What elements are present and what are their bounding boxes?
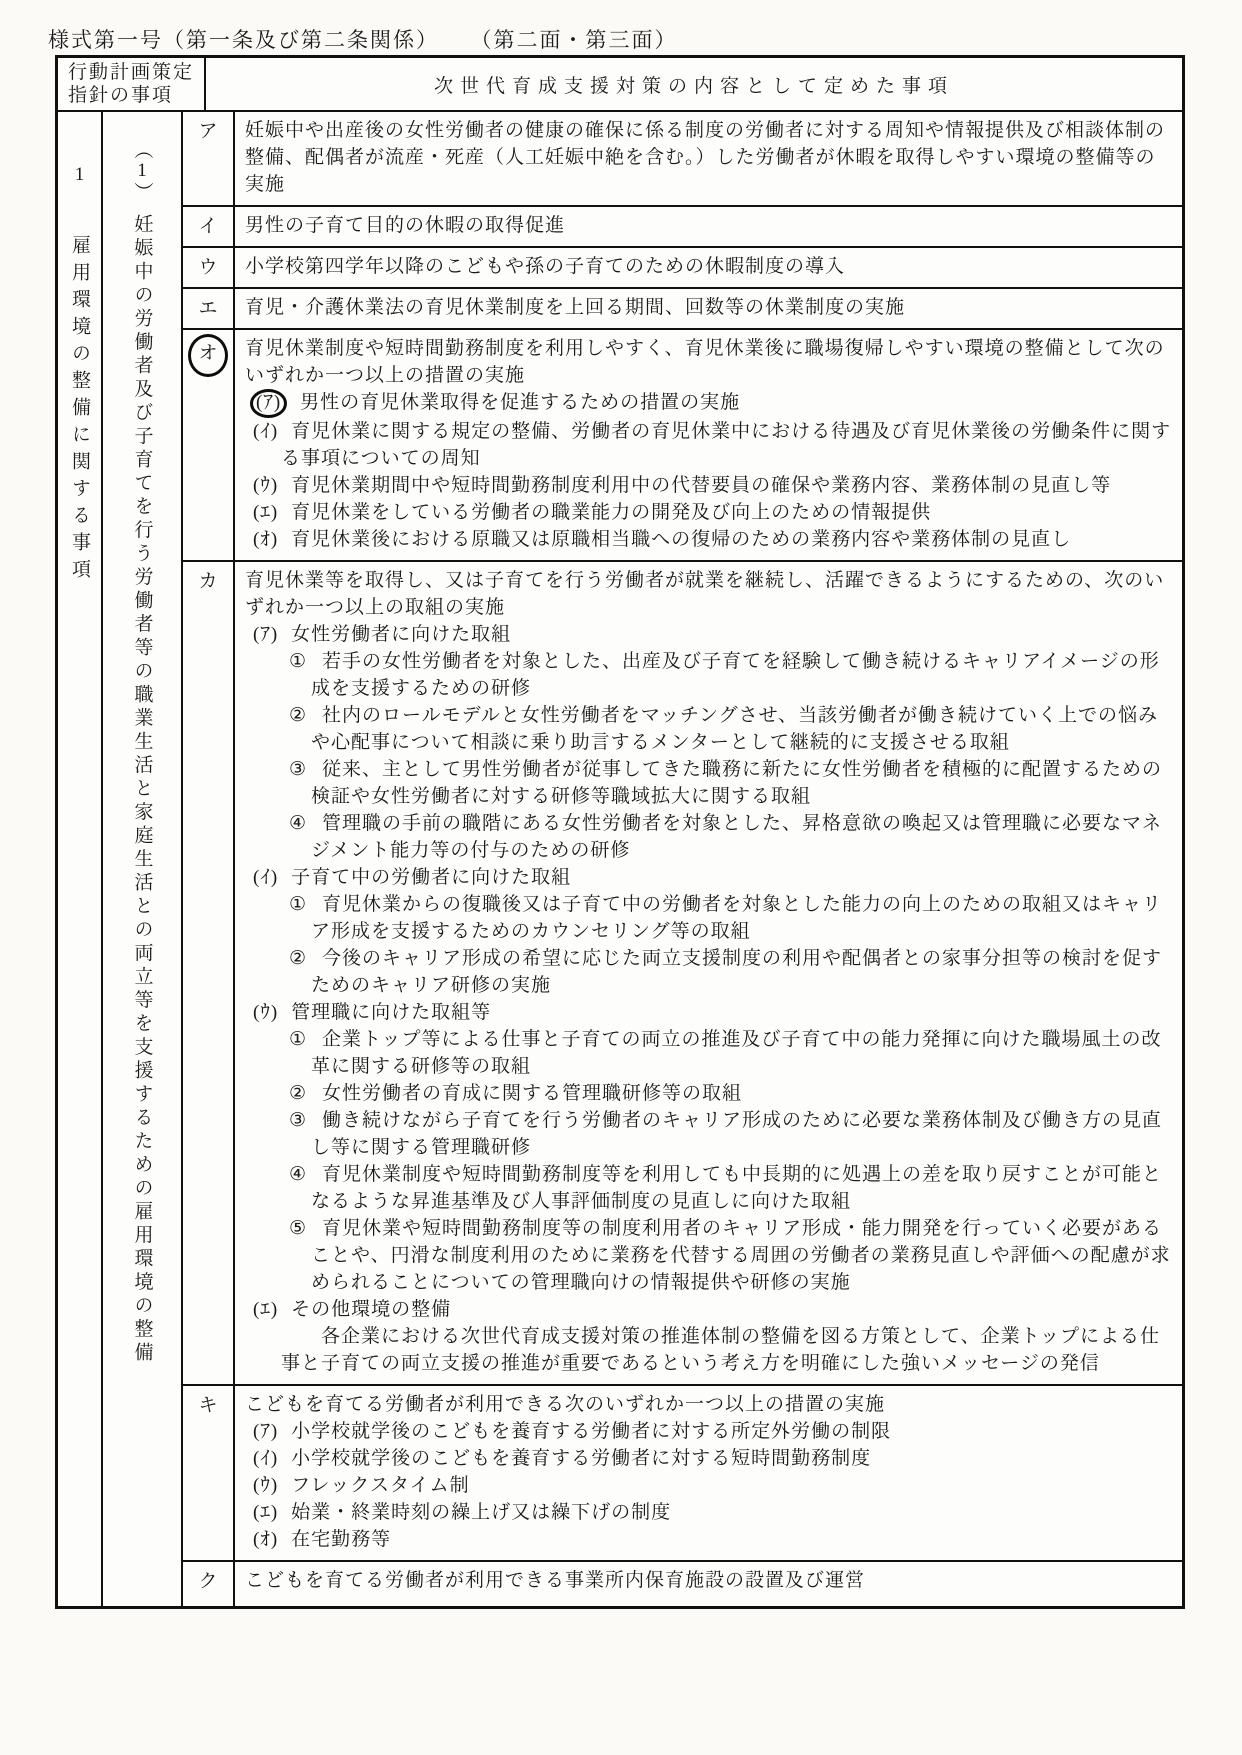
category-number: 1 — [69, 164, 90, 193]
content-line: ③働き続けながら子育てを行う労働者のキャリア形成のために必要な業務体制及び働き方… — [245, 1107, 1172, 1161]
item-marker: (ｴ) — [253, 1502, 278, 1523]
row-label-cell: オ — [183, 330, 235, 560]
line-text: 始業・終業時刻の繰上げ又は繰下げの制度 — [291, 1502, 671, 1523]
row-label: イ — [198, 212, 217, 242]
line-text: 管理職に向けた取組等 — [291, 1002, 491, 1023]
measure-row: エ 育児・介護休業法の育児休業制度を上回る期間、回数等の休業制度の実施 — [183, 287, 1182, 328]
content-line: ②社内のロールモデルと女性労働者をマッチングさせ、当該労働者が働き続けていく上で… — [245, 702, 1172, 756]
measure-row: イ 男性の子育て目的の休暇の取得促進 — [183, 205, 1182, 246]
content-line: (ｵ)育児休業後における原職又は原職相当職への復帰のための業務内容や業務体制の見… — [245, 526, 1172, 553]
content-line: こどもを育てる労働者が利用できる事業所内保育施設の設置及び運営 — [245, 1567, 1172, 1594]
item-marker: ① — [289, 651, 307, 672]
content-line: (ｳ)育児休業期間中や短時間勤務制度利用中の代替要員の確保や業務内容、業務体制の… — [245, 472, 1172, 499]
content-line: (ｲ)子育て中の労働者に向けた取組 — [245, 864, 1172, 891]
content-line: 妊娠中や出産後の女性労働者の健康の確保に係る制度の労働者に対する周知や情報提供及… — [245, 117, 1172, 198]
line-text: その他環境の整備 — [291, 1299, 451, 1320]
item-marker: (ｲ) — [253, 421, 278, 442]
content-line: 育児休業制度や短時間勤務制度を利用しやすく、育児休業後に職場復帰しやすい環境の整… — [245, 335, 1172, 389]
line-text: 女性労働者の育成に関する管理職研修等の取組 — [322, 1083, 742, 1104]
item-marker: ① — [289, 894, 307, 915]
measure-rows: ア 妊娠中や出産後の女性労働者の健康の確保に係る制度の労働者に対する周知や情報提… — [183, 112, 1182, 1606]
content-line: ①企業トップ等による仕事と子育ての両立の推進及び子育て中の能力発揮に向けた職場風… — [245, 1026, 1172, 1080]
item-marker: (ｲ) — [253, 1448, 278, 1469]
item-marker: (ｳ) — [253, 475, 278, 496]
subcategory-cell: （1）妊娠中の労働者及び子育てを行う労働者等の職業生活と家庭生活との両立等を支援… — [103, 112, 183, 1606]
action-plan-table: 行動計画策定 指針の事項 次世代育成支援対策の内容として定めた事項 1雇用環境の… — [55, 55, 1185, 1609]
content-line: ②今後のキャリア形成の希望に応じた両立支援制度の利用や配偶者との家事分担等の検討… — [245, 945, 1172, 999]
item-marker: ② — [289, 948, 307, 969]
line-text: 小学校就学後のこどもを養育する労働者に対する短時間勤務制度 — [291, 1448, 871, 1469]
form-header-line: 様式第一号（第一条及び第二条関係）（第二面・第三面） — [48, 24, 678, 54]
item-marker: (ｳ) — [253, 1475, 278, 1496]
line-text: こどもを育てる労働者が利用できる事業所内保育施設の設置及び運営 — [245, 1570, 865, 1591]
row-label: ア — [198, 117, 217, 147]
line-text: 妊娠中や出産後の女性労働者の健康の確保に係る制度の労働者に対する周知や情報提供及… — [245, 120, 1165, 195]
content-line: (ｳ)フレックスタイム制 — [245, 1472, 1172, 1499]
category-vertical-text: 1雇用環境の整備に関する事項 — [66, 164, 93, 1606]
line-text: 育児休業期間中や短時間勤務制度利用中の代替要員の確保や業務内容、業務体制の見直し… — [291, 475, 1111, 496]
row-label: エ — [198, 294, 217, 324]
line-text: 育児・介護休業法の育児休業制度を上回る期間、回数等の休業制度の実施 — [245, 297, 905, 318]
line-text: 企業トップ等による仕事と子育ての両立の推進及び子育て中の能力発揮に向けた職場風土… — [311, 1029, 1161, 1077]
line-text: 小学校就学後のこどもを養育する労働者に対する所定外労働の制限 — [291, 1421, 891, 1442]
row-label-cell: ア — [183, 112, 235, 205]
measure-row: ク こどもを育てる労働者が利用できる事業所内保育施設の設置及び運営 — [183, 1560, 1182, 1606]
subcategory-label: 妊娠中の労働者及び子育てを行う労働者等の職業生活と家庭生活との両立等を支援するた… — [132, 214, 153, 1366]
item-marker: (ｴ) — [253, 502, 278, 523]
content-line: (ｴ)育児休業をしている労働者の職業能力の開発及び向上のための情報提供 — [245, 499, 1172, 526]
content-line: (ｴ)その他環境の整備 — [245, 1296, 1172, 1323]
line-text: 働き続けながら子育てを行う労働者のキャリア形成のために必要な業務体制及び働き方の… — [311, 1110, 1162, 1158]
form-number-title: 様式第一号（第一条及び第二条関係） — [48, 28, 439, 52]
line-text: 各企業における次世代育成支援対策の推進体制の整備を図る方策として、企業トップによ… — [281, 1326, 1160, 1374]
row-label: カ — [198, 567, 217, 597]
row-label: ク — [198, 1567, 217, 1597]
item-marker: (ｵ) — [253, 529, 278, 550]
content-line: ④育児休業制度や短時間勤務制度等を利用しても中長期的に処遇上の差を取り戻すことが… — [245, 1161, 1172, 1215]
row-content: 育児休業制度や短時間勤務制度を利用しやすく、育児休業後に職場復帰しやすい環境の整… — [235, 330, 1182, 560]
category-cell: 1雇用環境の整備に関する事項 — [58, 112, 103, 1606]
content-line: 育児・介護休業法の育児休業制度を上回る期間、回数等の休業制度の実施 — [245, 294, 1172, 321]
item-marker: ③ — [289, 1110, 307, 1131]
line-text: 若手の女性労働者を対象とした、出産及び子育てを経験して働き続けるキャリアイメージ… — [311, 651, 1160, 699]
line-text: 男性の子育て目的の休暇の取得促進 — [245, 215, 565, 236]
item-marker: ⑤ — [289, 1218, 307, 1239]
measure-row: ア 妊娠中や出産後の女性労働者の健康の確保に係る制度の労働者に対する周知や情報提… — [183, 112, 1182, 205]
line-text: 育児休業制度や短時間勤務制度等を利用しても中長期的に処遇上の差を取り戻すことが可… — [311, 1164, 1162, 1212]
content-line: ①育児休業からの復職後又は子育て中の労働者を対象とした能力の向上のための取組又は… — [245, 891, 1172, 945]
row-label: オ — [188, 334, 228, 377]
item-marker: ② — [289, 1083, 307, 1104]
item-marker: ② — [289, 705, 307, 726]
table-body: 1雇用環境の整備に関する事項 （1）妊娠中の労働者及び子育てを行う労働者等の職業… — [58, 112, 1182, 1606]
item-marker: (ｱ) — [253, 1421, 278, 1442]
measure-row: キ こどもを育てる労働者が利用できる次のいずれか一つ以上の措置の実施 (ｱ)小学… — [183, 1384, 1182, 1560]
subcategory-vertical-text: （1）妊娠中の労働者及び子育てを行う労働者等の職業生活と家庭生活との両立等を支援… — [129, 140, 156, 1606]
content-line: 小学校第四学年以降のこどもや孫の子育てのための休暇制度の導入 — [245, 253, 1172, 280]
item-marker: ① — [289, 1029, 307, 1050]
header-guideline-column: 行動計画策定 指針の事項 — [58, 58, 206, 110]
line-text: 女性労働者に向けた取組 — [291, 624, 511, 645]
row-content: 育児・介護休業法の育児休業制度を上回る期間、回数等の休業制度の実施 — [235, 289, 1182, 328]
line-text: 社内のロールモデルと女性労働者をマッチングさせ、当該労働者が働き続けていく上での… — [311, 705, 1158, 753]
line-text: 在宅勤務等 — [291, 1529, 391, 1550]
line-text: 男性の育児休業取得を促進するための措置の実施 — [300, 392, 740, 413]
line-text: 育児休業に関する規定の整備、労働者の育児休業中における待遇及び育児休業後の労働条… — [281, 421, 1171, 469]
measure-row: カ 育児休業等を取得し、又は子育てを行う労働者が就業を継続し、活躍できるようにす… — [183, 560, 1182, 1384]
subcategory-number: （1） — [132, 140, 153, 202]
line-text: 育児休業制度や短時間勤務制度を利用しやすく、育児休業後に職場復帰しやすい環境の整… — [245, 338, 1165, 386]
item-marker: (ｵ) — [253, 1529, 278, 1550]
row-label-cell: カ — [183, 562, 235, 1384]
item-marker: (ｴ) — [253, 1299, 278, 1320]
item-marker: (ｳ) — [253, 1002, 278, 1023]
content-line: 男性の子育て目的の休暇の取得促進 — [245, 212, 1172, 239]
content-line: ④管理職の手前の職階にある女性労働者を対象とした、昇格意欲の喚起又は管理職に必要… — [245, 810, 1172, 864]
line-text: 育児休業等を取得し、又は子育てを行う労働者が就業を継続し、活躍できるようにするた… — [245, 570, 1164, 618]
item-marker: (ｱ) — [250, 389, 287, 418]
content-line: こどもを育てる労働者が利用できる次のいずれか一つ以上の措置の実施 — [245, 1391, 1172, 1418]
content-line: 各企業における次世代育成支援対策の推進体制の整備を図る方策として、企業トップによ… — [245, 1323, 1172, 1377]
item-marker: ③ — [289, 759, 307, 780]
scanned-form-page: 様式第一号（第一条及び第二条関係）（第二面・第三面） 行動計画策定 指針の事項 … — [0, 0, 1242, 1755]
content-line: (ｱ)女性労働者に向けた取組 — [245, 621, 1172, 648]
content-line: ⑤育児休業や短時間勤務制度等の制度利用者のキャリア形成・能力開発を行っていく必要… — [245, 1215, 1172, 1296]
header-measures-column: 次世代育成支援対策の内容として定めた事項 — [206, 58, 1182, 110]
content-line: (ｱ)男性の育児休業取得を促進するための措置の実施 — [245, 389, 1172, 418]
content-line: ①若手の女性労働者を対象とした、出産及び子育てを経験して働き続けるキャリアイメー… — [245, 648, 1172, 702]
content-line: (ｴ)始業・終業時刻の繰上げ又は繰下げの制度 — [245, 1499, 1172, 1526]
row-content: 男性の子育て目的の休暇の取得促進 — [235, 207, 1182, 246]
line-text: 今後のキャリア形成の希望に応じた両立支援制度の利用や配偶者との家事分担等の検討を… — [311, 948, 1162, 996]
category-label: 雇用環境の整備に関する事項 — [69, 235, 90, 586]
row-label-cell: キ — [183, 1386, 235, 1560]
row-content: こどもを育てる労働者が利用できる次のいずれか一つ以上の措置の実施 (ｱ)小学校就… — [235, 1386, 1182, 1560]
measure-row: ウ 小学校第四学年以降のこどもや孫の子育てのための休暇制度の導入 — [183, 246, 1182, 287]
page-face-label: （第二面・第三面） — [481, 28, 678, 52]
content-line: ③従来、主として男性労働者が従事してきた職務に新たに女性労働者を積極的に配置する… — [245, 756, 1172, 810]
row-content: 育児休業等を取得し、又は子育てを行う労働者が就業を継続し、活躍できるようにするた… — [235, 562, 1182, 1384]
row-label: ウ — [198, 253, 217, 283]
measure-row: オ 育児休業制度や短時間勤務制度を利用しやすく、育児休業後に職場復帰しやすい環境… — [183, 328, 1182, 560]
content-line: (ｳ)管理職に向けた取組等 — [245, 999, 1172, 1026]
item-marker: (ｲ) — [253, 867, 278, 888]
row-label-cell: エ — [183, 289, 235, 328]
line-text: 小学校第四学年以降のこどもや孫の子育てのための休暇制度の導入 — [245, 256, 845, 277]
row-content: こどもを育てる労働者が利用できる事業所内保育施設の設置及び運営 — [235, 1562, 1182, 1606]
table-header-row: 行動計画策定 指針の事項 次世代育成支援対策の内容として定めた事項 — [58, 58, 1182, 112]
item-marker: (ｱ) — [253, 624, 278, 645]
content-line: (ｲ)小学校就学後のこどもを養育する労働者に対する短時間勤務制度 — [245, 1445, 1172, 1472]
line-text: 従来、主として男性労働者が従事してきた職務に新たに女性労働者を積極的に配置するた… — [311, 759, 1162, 807]
line-text: 育児休業や短時間勤務制度等の制度利用者のキャリア形成・能力開発を行っていく必要が… — [311, 1218, 1171, 1293]
line-text: 育児休業をしている労働者の職業能力の開発及び向上のための情報提供 — [291, 502, 931, 523]
row-label: キ — [198, 1391, 217, 1421]
line-text: 育児休業からの復職後又は子育て中の労働者を対象とした能力の向上のための取組又はキ… — [311, 894, 1162, 942]
content-line: (ｱ)小学校就学後のこどもを養育する労働者に対する所定外労働の制限 — [245, 1418, 1172, 1445]
content-line: (ｲ)育児休業に関する規定の整備、労働者の育児休業中における待遇及び育児休業後の… — [245, 418, 1172, 472]
row-label-cell: ウ — [183, 248, 235, 287]
content-line: 育児休業等を取得し、又は子育てを行う労働者が就業を継続し、活躍できるようにするた… — [245, 567, 1172, 621]
line-text: こどもを育てる労働者が利用できる次のいずれか一つ以上の措置の実施 — [245, 1394, 885, 1415]
content-line: (ｵ)在宅勤務等 — [245, 1526, 1172, 1553]
row-content: 妊娠中や出産後の女性労働者の健康の確保に係る制度の労働者に対する周知や情報提供及… — [235, 112, 1182, 205]
row-content: 小学校第四学年以降のこどもや孫の子育てのための休暇制度の導入 — [235, 248, 1182, 287]
line-text: 子育て中の労働者に向けた取組 — [291, 867, 571, 888]
line-text: 管理職の手前の職階にある女性労働者を対象とした、昇格意欲の喚起又は管理職に必要な… — [311, 813, 1162, 861]
content-line: ②女性労働者の育成に関する管理職研修等の取組 — [245, 1080, 1172, 1107]
row-label-cell: ク — [183, 1562, 235, 1606]
item-marker: ④ — [289, 813, 307, 834]
row-label-cell: イ — [183, 207, 235, 246]
line-text: 育児休業後における原職又は原職相当職への復帰のための業務内容や業務体制の見直し — [291, 529, 1071, 550]
line-text: フレックスタイム制 — [291, 1475, 469, 1496]
item-marker: ④ — [289, 1164, 307, 1185]
